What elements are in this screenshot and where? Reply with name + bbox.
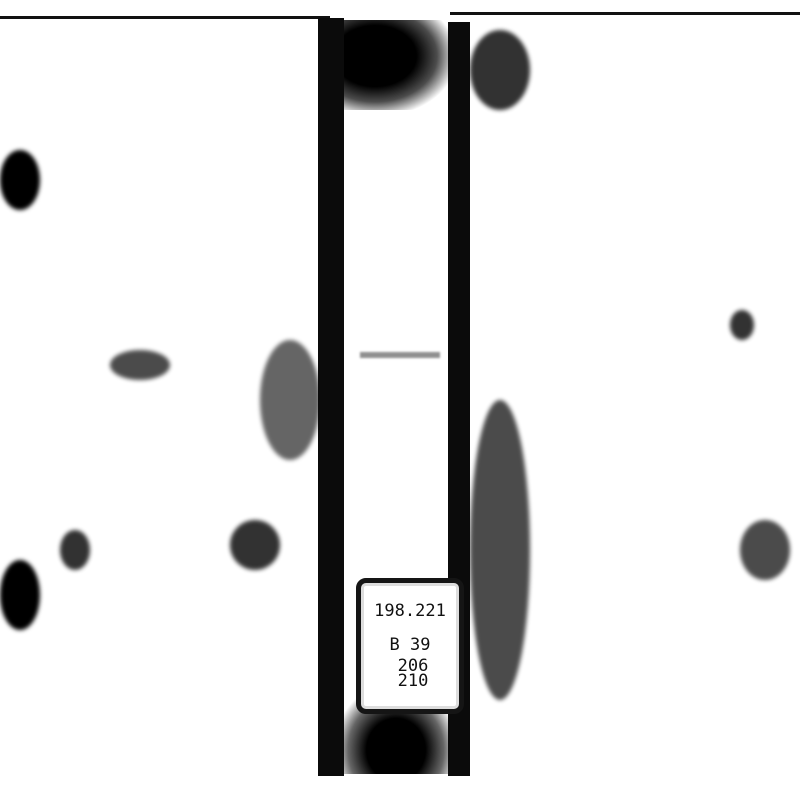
- spine-band: [360, 352, 440, 358]
- call-number-volume: 206 210: [367, 659, 459, 689]
- spine-top-wear: [344, 20, 448, 110]
- stain: [730, 310, 754, 340]
- call-number-line4: 210: [367, 674, 459, 689]
- call-number-label: 198.221 B 39 206 210: [356, 578, 464, 714]
- spine-hinge-left: [318, 18, 344, 776]
- stain: [470, 30, 530, 110]
- call-number-class: 198.221: [361, 601, 459, 621]
- stain: [230, 520, 280, 570]
- stain: [60, 530, 90, 570]
- call-number-cutter: B 39: [361, 635, 459, 655]
- stain: [0, 150, 40, 210]
- stain: [740, 520, 790, 580]
- stain: [110, 350, 170, 380]
- stain: [0, 560, 40, 630]
- scan-stage: 198.221 B 39 206 210: [0, 0, 800, 800]
- stain: [260, 340, 320, 460]
- stain: [470, 400, 530, 700]
